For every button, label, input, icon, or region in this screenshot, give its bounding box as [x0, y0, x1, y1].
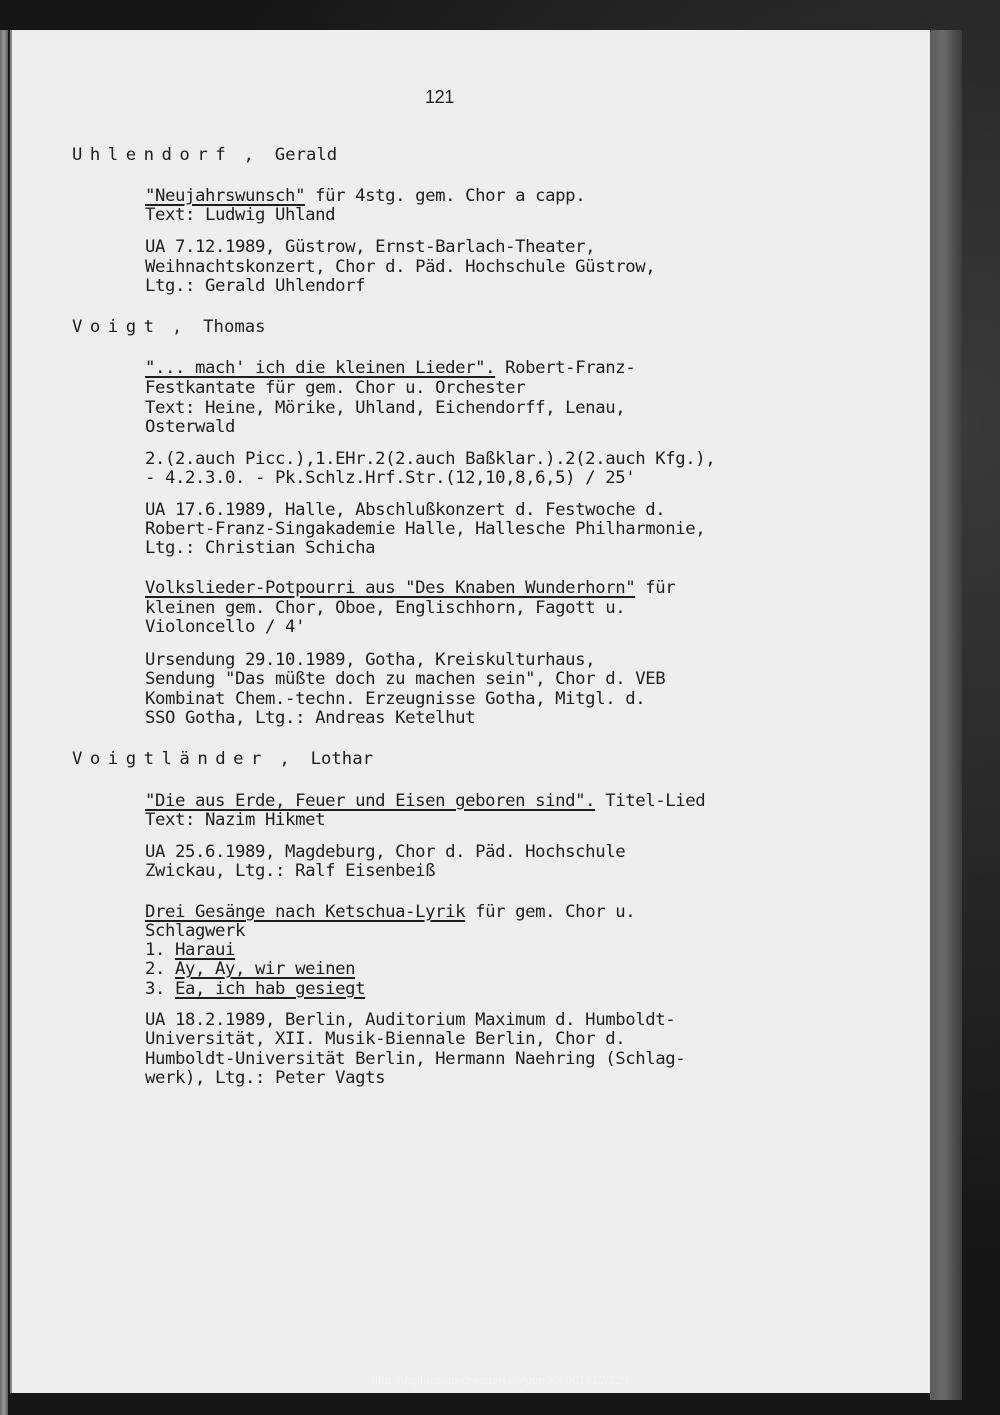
work-description: für 4stg. gem. Chor a capp.	[305, 186, 585, 206]
composer-given: Thomas	[203, 317, 265, 337]
composer-surname: Voigtländer	[72, 749, 269, 769]
premiere-line: werk), Ltg.: Peter Vagts	[145, 1069, 385, 1088]
work-text-line: Text: Nazim Hikmet	[145, 811, 325, 830]
premiere-line: UA 7.12.1989, Güstrow, Ernst-Barlach-The…	[145, 238, 595, 257]
premiere-line: Zwickau, Ltg.: Ralf Eisenbeiß	[145, 862, 435, 881]
movement-item: 3. Ea, ich hab gesiegt	[145, 980, 365, 999]
movement-title: Ay, Ay, wir weinen	[175, 959, 355, 979]
work-title-line: "... mach' ich die kleinen Lieder". Robe…	[145, 359, 635, 378]
premiere-line: UA 25.6.1989, Magdeburg, Chor d. Päd. Ho…	[145, 843, 625, 862]
work-title: "... mach' ich die kleinen Lieder".	[145, 358, 495, 378]
work-title-line: Volkslieder-Potpourri aus "Des Knaben Wu…	[145, 579, 675, 598]
scoring-line: - 4.2.3.0. - Pk.Schlz.Hrf.Str.(12,10,8,6…	[145, 469, 635, 488]
composer-heading: Voigt , Thomas	[72, 318, 266, 337]
work-title: Drei Gesänge nach Ketschua-Lyrik	[145, 902, 465, 922]
composer-given: Lothar	[311, 749, 373, 769]
work-title: "Neujahrswunsch"	[145, 186, 305, 206]
premiere-line: Ltg.: Christian Schicha	[145, 539, 375, 558]
work-text-line: Schlagwerk	[145, 922, 245, 941]
composer-heading: Voigtländer , Lothar	[72, 750, 373, 769]
movement-item: 2. Ay, Ay, wir weinen	[145, 960, 355, 979]
work-title-line: Drei Gesänge nach Ketschua-Lyrik für gem…	[145, 903, 635, 922]
movement-title: Ea, ich hab gesiegt	[175, 979, 365, 999]
composer-given: Gerald	[275, 145, 337, 165]
composer-surname: Uhlendorf	[72, 145, 233, 165]
work-text-line: Text: Heine, Mörike, Uhland, Eichendorff…	[145, 399, 625, 418]
movement-item: 1. Haraui	[145, 941, 235, 960]
premiere-line: UA 17.6.1989, Halle, Abschlußkonzert d. …	[145, 501, 665, 520]
work-text-line: Violoncello / 4'	[145, 618, 305, 637]
movement-title: Haraui	[175, 940, 235, 960]
source-url: http://digital.slub-dresden.de/ppn305801…	[0, 1373, 1000, 1387]
work-title: "Die aus Erde, Feuer und Eisen geboren s…	[145, 791, 595, 811]
work-description: für	[635, 578, 675, 598]
work-text-line: Festkantate für gem. Chor u. Orchester	[145, 379, 525, 398]
scan-left-edge	[0, 30, 8, 1415]
premiere-line: Weihnachtskonzert, Chor d. Päd. Hochschu…	[145, 258, 655, 277]
work-description: Robert-Franz-	[495, 358, 635, 378]
premiere-line: Ursendung 29.10.1989, Gotha, Kreiskultur…	[145, 651, 595, 670]
composer-surname: Voigt	[72, 317, 162, 337]
movement-number: 3.	[145, 979, 175, 999]
premiere-line: Humboldt-Universität Berlin, Hermann Nae…	[145, 1050, 685, 1069]
work-title: Volkslieder-Potpourri aus "Des Knaben Wu…	[145, 578, 635, 598]
scan-right-edge	[930, 30, 962, 1400]
premiere-line: Ltg.: Gerald Uhlendorf	[145, 277, 365, 296]
premiere-line: Kombinat Chem.-techn. Erzeugnisse Gotha,…	[145, 690, 645, 709]
work-description: Titel-Lied	[595, 791, 705, 811]
premiere-line: Robert-Franz-Singakademie Halle, Hallesc…	[145, 520, 705, 539]
page-number: 121	[425, 88, 454, 107]
work-description: für gem. Chor u.	[465, 902, 635, 922]
premiere-line: SSO Gotha, Ltg.: Andreas Ketelhut	[145, 709, 475, 728]
premiere-line: Universität, XII. Musik-Biennale Berlin,…	[145, 1030, 625, 1049]
work-title-line: "Neujahrswunsch" für 4stg. gem. Chor a c…	[145, 187, 585, 206]
work-title-line: "Die aus Erde, Feuer und Eisen geboren s…	[145, 792, 705, 811]
scoring-line: 2.(2.auch Picc.),1.EHr.2(2.auch Baßklar.…	[145, 450, 715, 469]
premiere-line: Sendung "Das müßte doch zu machen sein",…	[145, 670, 665, 689]
work-text-line: Text: Ludwig Uhland	[145, 206, 335, 225]
composer-heading: Uhlendorf , Gerald	[72, 146, 337, 165]
movement-number: 2.	[145, 959, 175, 979]
work-text-line: kleinen gem. Chor, Oboe, Englischhorn, F…	[145, 599, 625, 618]
work-text-line: Osterwald	[145, 418, 235, 437]
premiere-line: UA 18.2.1989, Berlin, Auditorium Maximum…	[145, 1011, 675, 1030]
movement-number: 1.	[145, 940, 175, 960]
